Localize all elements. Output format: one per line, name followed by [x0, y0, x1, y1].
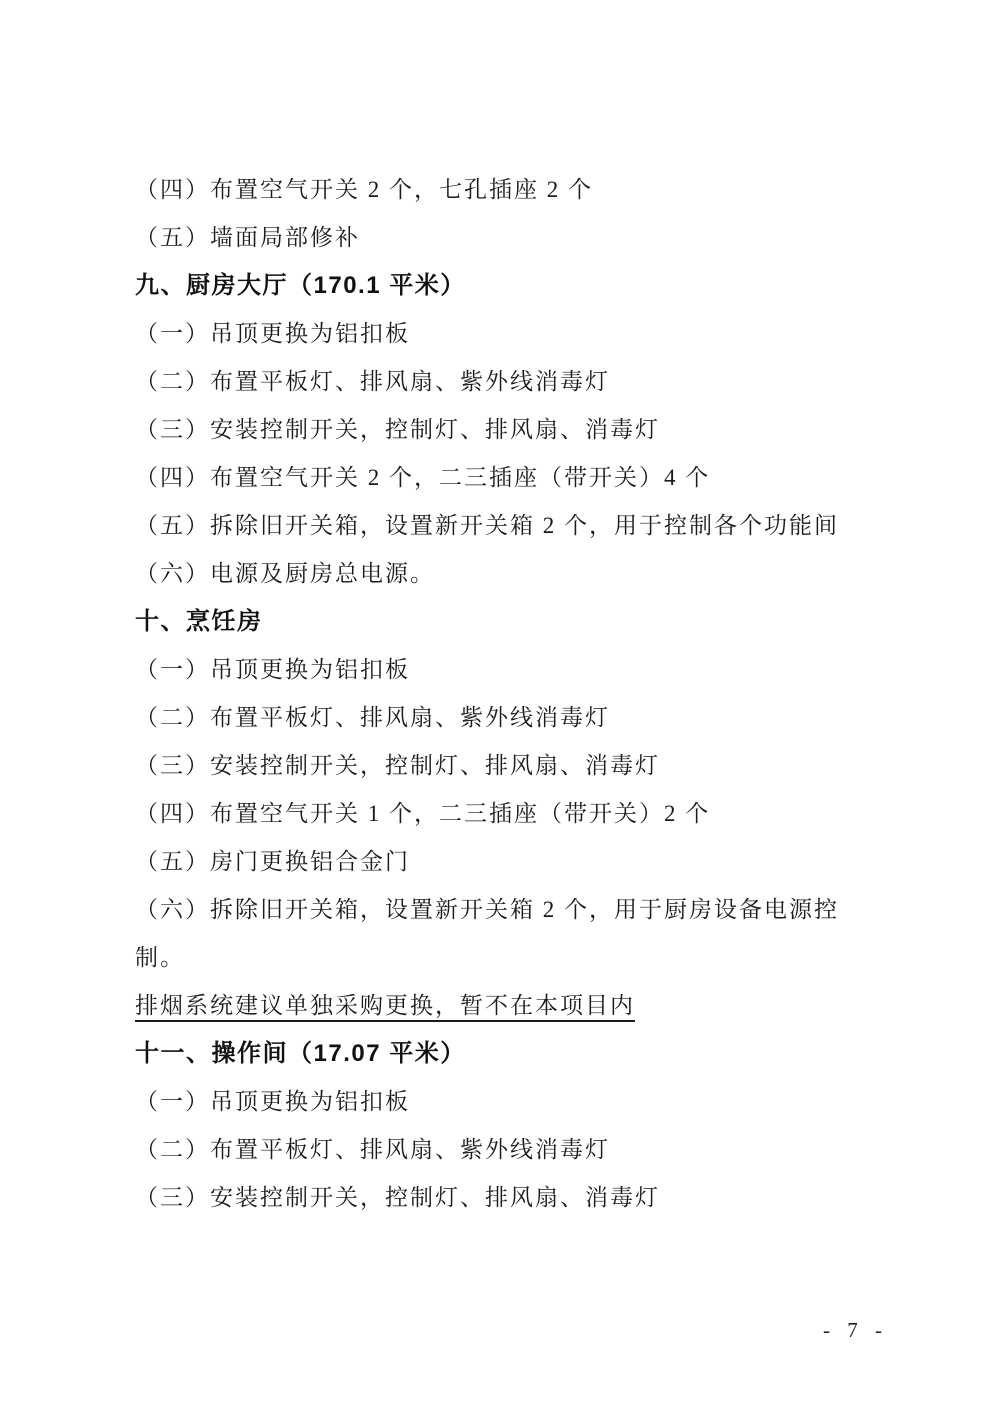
list-item: （五）房门更换铝合金门: [135, 838, 895, 886]
page-number: - 7 -: [823, 1318, 888, 1343]
list-item: （五）墙面局部修补: [135, 214, 895, 262]
list-item: （二）布置平板灯、排风扇、紫外线消毒灯: [135, 358, 895, 406]
list-item: （三）安装控制开关，控制灯、排风扇、消毒灯: [135, 406, 895, 454]
list-item-continuation: 制。: [135, 934, 895, 982]
underlined-note: 排烟系统建议单独采购更换，暂不在本项目内: [135, 982, 895, 1030]
list-item: （五）拆除旧开关箱，设置新开关箱 2 个，用于控制各个功能间: [135, 502, 895, 550]
list-item: （三）安装控制开关，控制灯、排风扇、消毒灯: [135, 1174, 895, 1222]
list-item: （四）布置空气开关 2 个，七孔插座 2 个: [135, 166, 895, 214]
list-item: （一）吊顶更换为铝扣板: [135, 1078, 895, 1126]
list-item: （四）布置空气开关 1 个，二三插座（带开关）2 个: [135, 790, 895, 838]
list-item: （二）布置平板灯、排风扇、紫外线消毒灯: [135, 1126, 895, 1174]
list-item: （二）布置平板灯、排风扇、紫外线消毒灯: [135, 694, 895, 742]
list-item: （四）布置空气开关 2 个，二三插座（带开关）4 个: [135, 454, 895, 502]
document-page: （四）布置空气开关 2 个，七孔插座 2 个（五）墙面局部修补九、厨房大厅（17…: [0, 0, 1000, 1414]
document-content: （四）布置空气开关 2 个，七孔插座 2 个（五）墙面局部修补九、厨房大厅（17…: [135, 166, 895, 1222]
list-item: （一）吊顶更换为铝扣板: [135, 646, 895, 694]
section-heading: 九、厨房大厅（170.1 平米）: [135, 262, 895, 310]
list-item: （六）拆除旧开关箱，设置新开关箱 2 个，用于厨房设备电源控: [135, 886, 895, 934]
section-heading: 十一、操作间（17.07 平米）: [135, 1030, 895, 1078]
list-item: （三）安装控制开关，控制灯、排风扇、消毒灯: [135, 742, 895, 790]
list-item: （一）吊顶更换为铝扣板: [135, 310, 895, 358]
section-heading: 十、烹饪房: [135, 598, 895, 646]
list-item: （六）电源及厨房总电源。: [135, 550, 895, 598]
